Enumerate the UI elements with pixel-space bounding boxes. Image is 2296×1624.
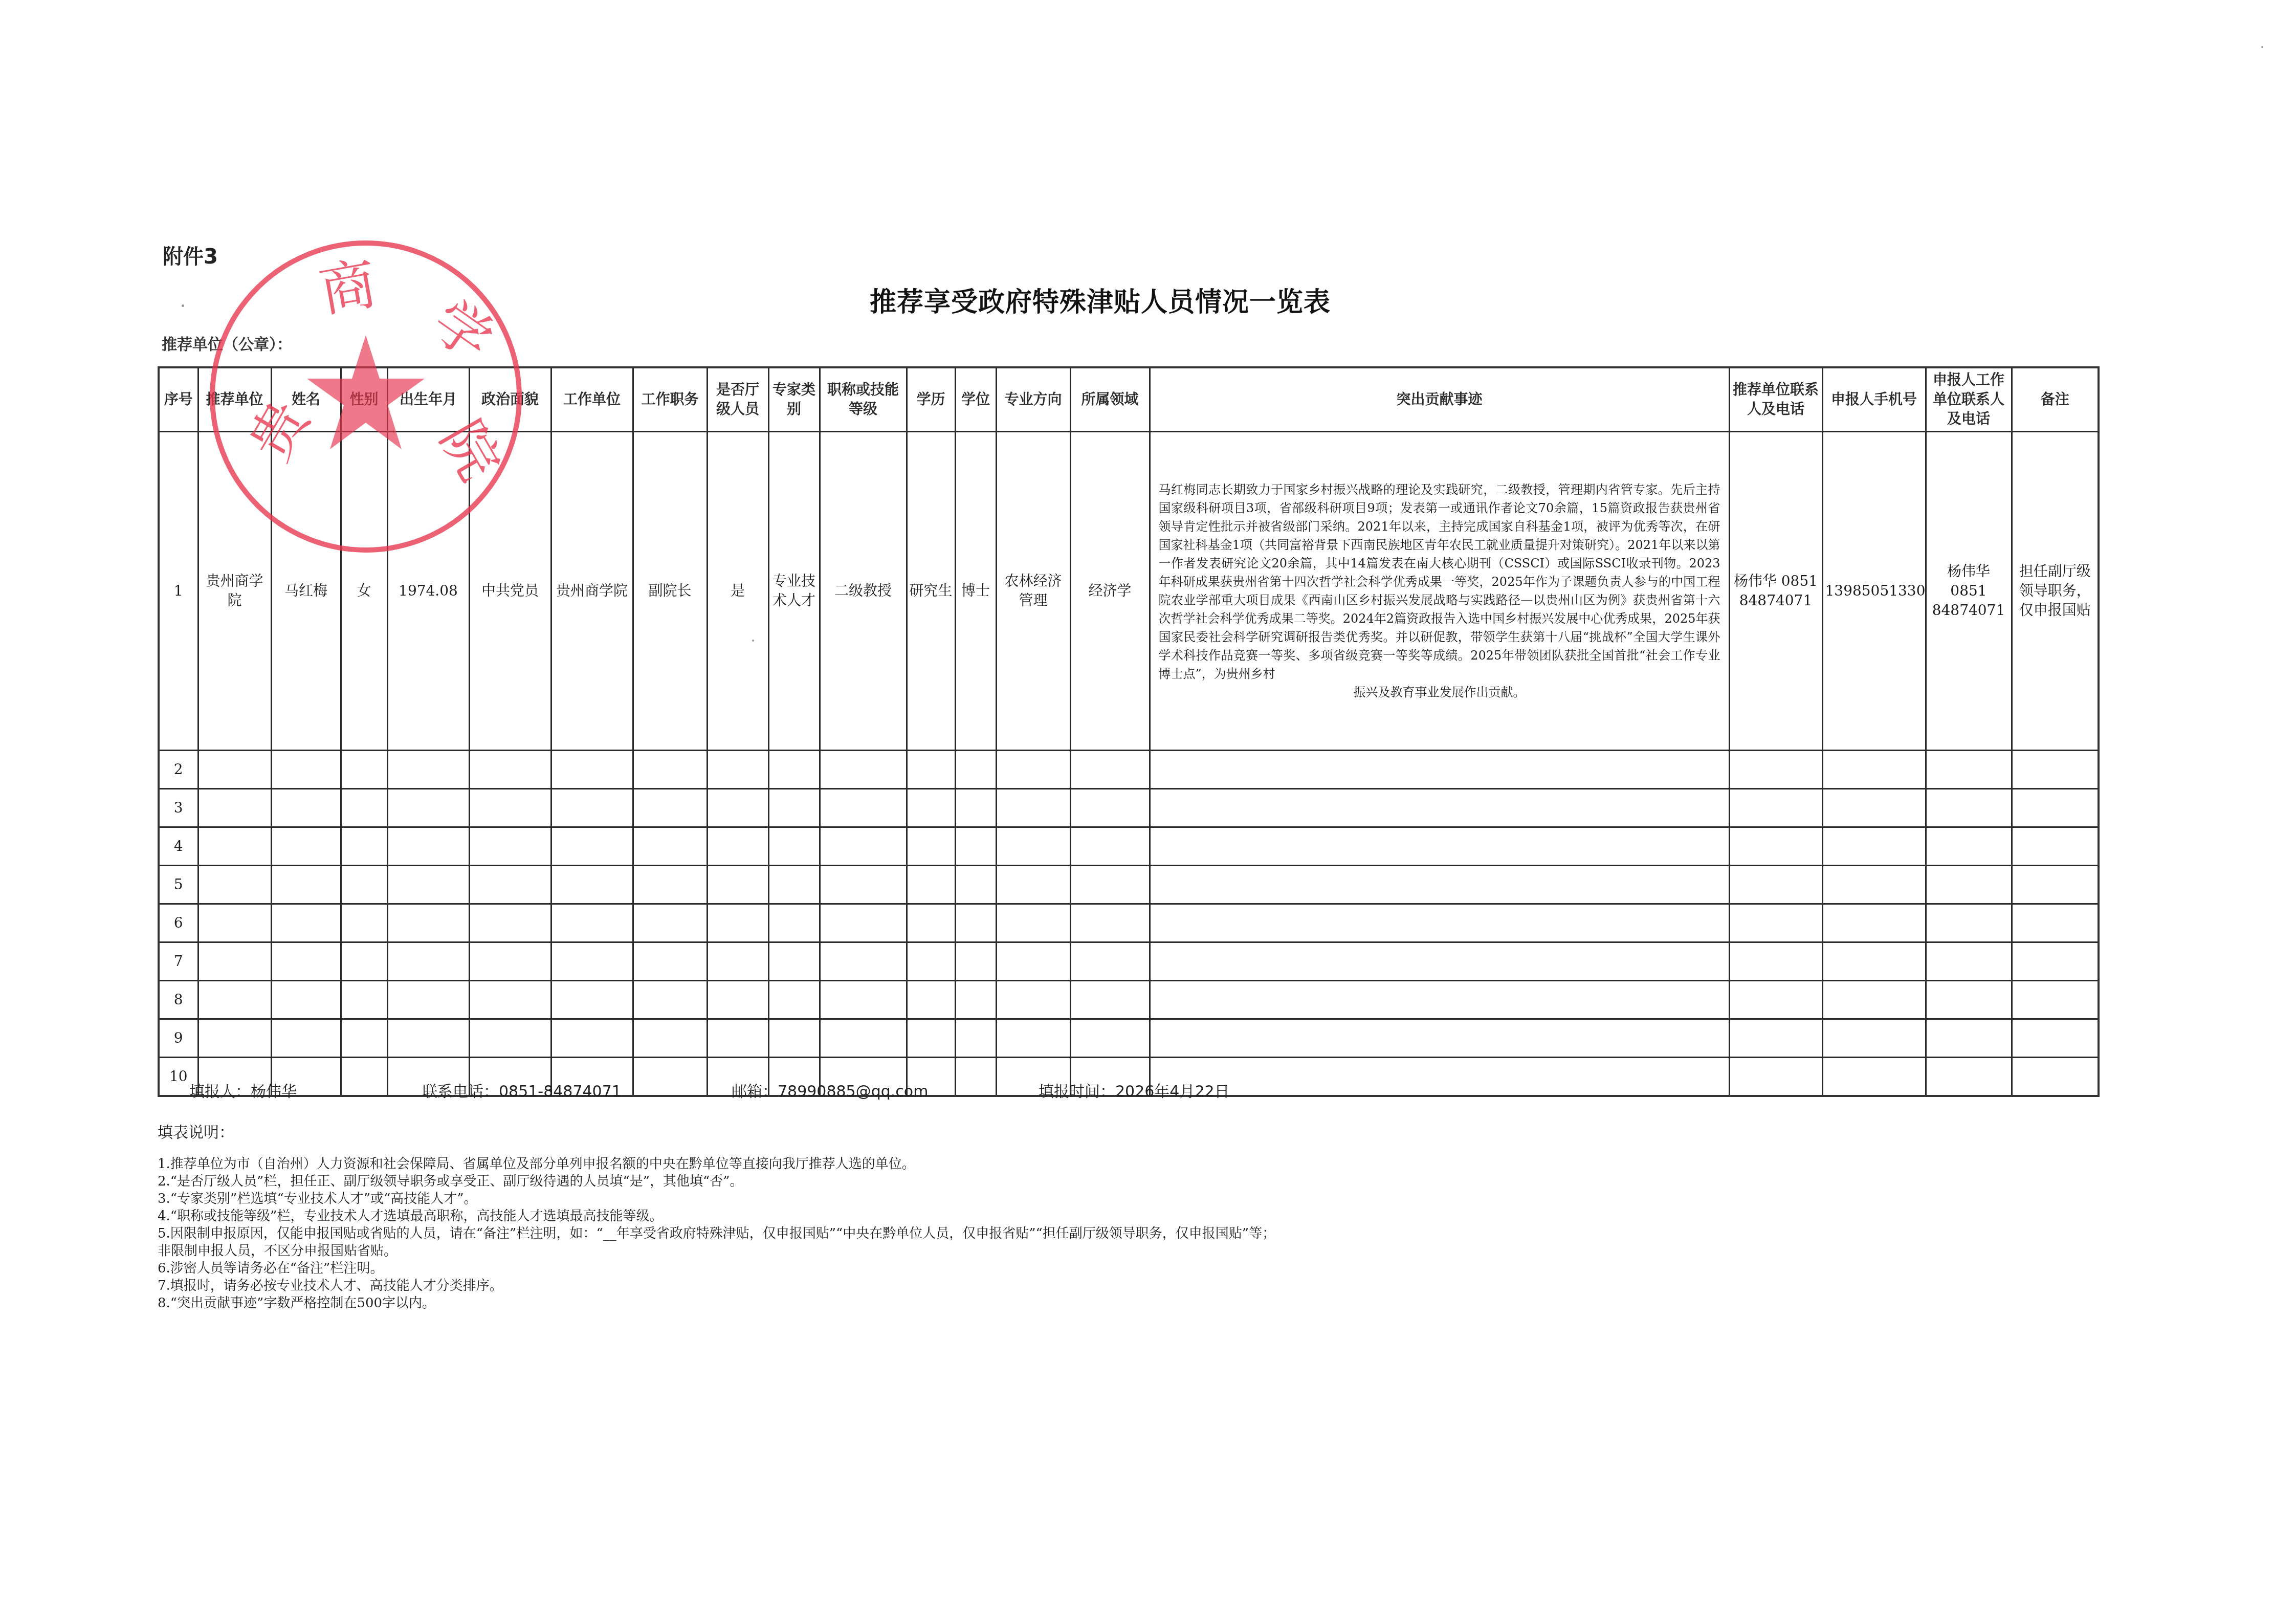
cell-index: 9	[159, 1019, 198, 1058]
cell-empty	[2012, 981, 2099, 1019]
cell-empty	[1926, 827, 2012, 866]
cell-name: 马红梅	[271, 432, 341, 751]
cell-empty	[271, 904, 341, 942]
cell-empty	[768, 981, 820, 1019]
cell-expert-category: 专业技术人才	[768, 432, 820, 751]
cell-empty	[996, 904, 1070, 942]
cell-empty	[2012, 827, 2099, 866]
cell-index: 1	[159, 432, 198, 751]
cell-empty	[551, 981, 633, 1019]
cell-empty	[1070, 981, 1150, 1019]
cell-empty	[707, 789, 768, 827]
cell-empty	[820, 827, 907, 866]
cell-empty	[707, 1019, 768, 1058]
cell-empty	[1150, 751, 1729, 789]
cell-empty	[2012, 904, 2099, 942]
cell-work-unit: 贵州商学院	[551, 432, 633, 751]
cell-empty	[1926, 1058, 2012, 1096]
cell-empty	[633, 751, 707, 789]
cell-empty	[633, 981, 707, 1019]
column-header: 学历	[907, 367, 955, 432]
cell-position: 副院长	[633, 432, 707, 751]
cell-title-level: 二级教授	[820, 432, 907, 751]
cell-empty	[271, 942, 341, 981]
cell-empty	[387, 904, 469, 942]
cell-empty	[1070, 1019, 1150, 1058]
cell-empty	[551, 789, 633, 827]
filler-name: 杨伟华	[251, 1083, 297, 1101]
column-header: 所属领域	[1070, 367, 1150, 432]
cell-empty	[996, 1019, 1070, 1058]
column-header: 姓名	[271, 367, 341, 432]
cell-empty	[1729, 904, 1822, 942]
cell-empty	[1822, 981, 1926, 1019]
cell-empty	[469, 1019, 551, 1058]
column-header: 申报人工作单位联系人及电话	[1926, 367, 2012, 432]
cell-empty	[955, 1019, 996, 1058]
cell-empty	[768, 904, 820, 942]
cell-empty	[996, 827, 1070, 866]
cell-empty	[907, 904, 955, 942]
attachment-label: 附件3	[163, 240, 218, 270]
cell-empty	[955, 751, 996, 789]
cell-empty	[907, 1019, 955, 1058]
cell-empty	[198, 866, 271, 904]
cell-empty	[1150, 789, 1729, 827]
cell-empty	[551, 827, 633, 866]
cell-empty	[820, 942, 907, 981]
cell-empty	[707, 751, 768, 789]
cell-empty	[820, 866, 907, 904]
column-header: 是否厅级人员	[707, 367, 768, 432]
cell-empty	[955, 981, 996, 1019]
cell-empty	[1150, 1019, 1729, 1058]
cell-empty	[707, 904, 768, 942]
cell-empty	[955, 942, 996, 981]
table-row: 1 贵州商学院 马红梅 女 1974.08 中共党员 贵州商学院 副院长 是 专…	[159, 432, 2099, 751]
note-item: 非限制申报人员，不区分申报国贴省贴。	[158, 1242, 2050, 1260]
cell-recommending-unit: 贵州商学院	[198, 432, 271, 751]
cell-empty	[2012, 789, 2099, 827]
cell-empty	[341, 904, 387, 942]
cell-empty	[907, 789, 955, 827]
cell-empty	[198, 904, 271, 942]
cell-empty	[768, 866, 820, 904]
cell-empty	[996, 789, 1070, 827]
cell-gender: 女	[341, 432, 387, 751]
cell-empty	[2012, 942, 2099, 981]
cell-empty	[2012, 1019, 2099, 1058]
cell-empty	[271, 827, 341, 866]
cell-empty	[768, 827, 820, 866]
cell-empty	[2012, 866, 2099, 904]
cell-empty	[198, 827, 271, 866]
column-header: 工作职务	[633, 367, 707, 432]
cell-empty	[1822, 866, 1926, 904]
cell-empty	[271, 981, 341, 1019]
deeds-text: 马红梅同志长期致力于国家乡村振兴战略的理论及实践研究，二级教授，管理期内省管专家…	[1159, 482, 1720, 681]
cell-empty	[341, 1019, 387, 1058]
cell-empty	[1150, 904, 1729, 942]
cell-empty	[387, 827, 469, 866]
cell-empty	[271, 1019, 341, 1058]
note-item: 1.推荐单位为市（自治州）人力资源和社会保障局、省属单位及部分单列申报名额的中央…	[158, 1155, 2050, 1173]
cell-empty	[551, 866, 633, 904]
cell-empty	[1822, 751, 1926, 789]
cell-empty	[1822, 1019, 1926, 1058]
scan-speck	[2261, 46, 2263, 48]
cell-empty	[633, 1058, 707, 1096]
cell-degree: 博士	[955, 432, 996, 751]
cell-empty	[996, 866, 1070, 904]
cell-empty	[907, 827, 955, 866]
table-row: 4	[159, 827, 2099, 866]
cell-empty	[820, 1019, 907, 1058]
cell-empty	[768, 942, 820, 981]
cell-empty	[387, 866, 469, 904]
scan-speck	[752, 640, 754, 642]
cell-empty	[1926, 866, 2012, 904]
cell-empty	[768, 751, 820, 789]
column-header: 政治面貌	[469, 367, 551, 432]
column-header: 序号	[159, 367, 198, 432]
deeds-text-last-line: 振兴及教育事业发展作出贡献。	[1159, 683, 1720, 701]
column-header: 备注	[2012, 367, 2099, 432]
cell-empty	[341, 866, 387, 904]
cell-empty	[1150, 1058, 1729, 1096]
cell-index: 6	[159, 904, 198, 942]
cell-empty	[633, 789, 707, 827]
cell-field: 经济学	[1070, 432, 1150, 751]
cell-empty	[387, 789, 469, 827]
cell-empty	[1729, 1058, 1822, 1096]
cell-empty	[820, 904, 907, 942]
column-header: 推荐单位	[198, 367, 271, 432]
cell-empty	[1070, 942, 1150, 981]
cell-empty	[341, 942, 387, 981]
cell-empty	[1926, 751, 2012, 789]
cell-empty	[1822, 942, 1926, 981]
table-row: 5	[159, 866, 2099, 904]
cell-empty	[1729, 1019, 1822, 1058]
cell-empty	[1070, 866, 1150, 904]
cell-empty	[271, 789, 341, 827]
table-row: 9	[159, 1019, 2099, 1058]
cell-applicant-mobile: 13985051330	[1822, 432, 1926, 751]
cell-empty	[955, 827, 996, 866]
cell-empty	[907, 942, 955, 981]
cell-empty	[1150, 866, 1729, 904]
table-row: 7	[159, 942, 2099, 981]
cell-empty	[955, 866, 996, 904]
cell-empty	[707, 866, 768, 904]
cell-empty	[198, 751, 271, 789]
cell-empty	[1926, 904, 2012, 942]
column-header: 性别	[341, 367, 387, 432]
cell-empty	[1070, 904, 1150, 942]
cell-empty	[341, 981, 387, 1019]
cell-major-direction: 农林经济管理	[996, 432, 1070, 751]
table-row: 3	[159, 789, 2099, 827]
column-header: 工作单位	[551, 367, 633, 432]
cell-empty	[820, 751, 907, 789]
cell-empty	[1150, 981, 1729, 1019]
cell-empty	[1150, 942, 1729, 981]
column-header: 专家类别	[768, 367, 820, 432]
cell-empty	[1729, 751, 1822, 789]
cell-empty	[341, 751, 387, 789]
cell-empty	[271, 866, 341, 904]
cell-empty	[707, 827, 768, 866]
cell-empty	[387, 751, 469, 789]
cell-empty	[551, 1019, 633, 1058]
cell-empty	[469, 827, 551, 866]
cell-empty	[1822, 904, 1926, 942]
cell-empty	[469, 751, 551, 789]
notes-title: 填表说明：	[158, 1120, 234, 1142]
cell-empty	[1150, 827, 1729, 866]
cell-empty	[341, 827, 387, 866]
date-value: 2026年4月22日	[1115, 1083, 1230, 1101]
cell-empty	[1070, 789, 1150, 827]
cell-empty	[820, 981, 907, 1019]
cell-empty	[768, 789, 820, 827]
notes-list: 1.推荐单位为市（自治州）人力资源和社会保障局、省属单位及部分单列申报名额的中央…	[158, 1155, 2050, 1312]
filler-info: 填报人：杨伟华	[189, 1079, 297, 1101]
phone-label: 联系电话：	[422, 1083, 499, 1101]
cell-index: 3	[159, 789, 198, 827]
cell-empty	[633, 942, 707, 981]
email-value: 78990885@qq.com	[778, 1083, 928, 1101]
cell-empty	[469, 866, 551, 904]
cell-empty	[633, 1019, 707, 1058]
cell-empty	[768, 1019, 820, 1058]
cell-empty	[198, 1019, 271, 1058]
cell-empty	[1822, 789, 1926, 827]
cell-empty	[551, 751, 633, 789]
svg-text:学: 学	[421, 288, 504, 374]
cell-index: 2	[159, 751, 198, 789]
cell-outstanding-deeds: 马红梅同志长期致力于国家乡村振兴战略的理论及实践研究，二级教授，管理期内省管专家…	[1150, 432, 1729, 751]
cell-empty	[955, 789, 996, 827]
cell-empty	[1822, 827, 1926, 866]
note-item: 8.“突出贡献事迹”字数严格控制在500字以内。	[158, 1294, 2050, 1312]
nominee-table: 序号推荐单位姓名性别出生年月政治面貌工作单位工作职务是否厅级人员专家类别职称或技…	[158, 366, 2100, 1097]
cell-empty	[1070, 827, 1150, 866]
cell-empty	[2012, 1058, 2099, 1096]
cell-political-status: 中共党员	[469, 432, 551, 751]
document-title: 推荐享受政府特殊津贴人员情况一览表	[870, 280, 1432, 319]
cell-empty	[633, 827, 707, 866]
note-item: 5.因限制申报原因，仅能申报国贴或省贴的人员，请在“备注”栏注明，如：“__年享…	[158, 1225, 2050, 1242]
svg-text:商: 商	[315, 250, 382, 324]
cell-index: 5	[159, 866, 198, 904]
cell-empty	[469, 789, 551, 827]
cell-empty	[469, 981, 551, 1019]
cell-recommender-contact: 杨伟华 0851 84874071	[1729, 432, 1822, 751]
cell-department-level: 是	[707, 432, 768, 751]
cell-empty	[387, 1019, 469, 1058]
note-item: 6.涉密人员等请务必在“备注”栏注明。	[158, 1260, 2050, 1277]
cell-remarks: 担任副厅级领导职务，仅申报国贴	[2012, 432, 2099, 751]
cell-empty	[820, 789, 907, 827]
table-row: 8	[159, 981, 2099, 1019]
phone-info: 联系电话：0851-84874071	[422, 1079, 622, 1101]
note-item: 7.填报时，请务必按专业技术人才、高技能人才分类排序。	[158, 1277, 2050, 1294]
email-info: 邮箱：78990885@qq.com	[732, 1079, 928, 1101]
cell-empty	[1070, 751, 1150, 789]
cell-empty	[198, 981, 271, 1019]
cell-empty	[1729, 866, 1822, 904]
cell-empty	[469, 942, 551, 981]
cell-empty	[955, 1058, 996, 1096]
column-header: 突出贡献事迹	[1150, 367, 1729, 432]
recommending-unit-label: 推荐单位（公章）：	[162, 332, 292, 354]
date-label: 填报时间：	[1039, 1083, 1115, 1101]
cell-empty	[271, 751, 341, 789]
cell-index: 8	[159, 981, 198, 1019]
note-item: 4.“职称或技能等级”栏，专业技术人才选填最高职称，高技能人才选填最高技能等级。	[158, 1208, 2050, 1225]
email-label: 邮箱：	[732, 1083, 778, 1101]
cell-empty	[387, 981, 469, 1019]
table-row: 2	[159, 751, 2099, 789]
cell-empty	[551, 904, 633, 942]
cell-empty	[198, 942, 271, 981]
cell-index: 7	[159, 942, 198, 981]
note-item: 2.“是否厅级人员”栏，担任正、副厅级领导职务或享受正、副厅级待遇的人员填“是”…	[158, 1173, 2050, 1190]
cell-empty	[707, 942, 768, 981]
cell-work-unit-contact: 杨伟华 0851 84874071	[1926, 432, 2012, 751]
cell-birth: 1974.08	[387, 432, 469, 751]
table-row: 6	[159, 904, 2099, 942]
filler-label: 填报人：	[189, 1083, 251, 1101]
column-header: 推荐单位联系人及电话	[1729, 367, 1822, 432]
cell-empty	[633, 866, 707, 904]
cell-empty	[551, 942, 633, 981]
cell-empty	[341, 789, 387, 827]
column-header: 出生年月	[387, 367, 469, 432]
cell-index: 4	[159, 827, 198, 866]
cell-empty	[1822, 1058, 1926, 1096]
cell-empty	[1729, 789, 1822, 827]
cell-empty	[341, 1058, 387, 1096]
cell-empty	[633, 904, 707, 942]
cell-empty	[2012, 751, 2099, 789]
cell-empty	[1926, 789, 2012, 827]
note-item: 3.“专家类别”栏选填“专业技术人才”或“高技能人才”。	[158, 1190, 2050, 1208]
column-header: 申报人手机号	[1822, 367, 1926, 432]
cell-empty	[955, 904, 996, 942]
cell-empty	[469, 904, 551, 942]
table-header-row: 序号推荐单位姓名性别出生年月政治面貌工作单位工作职务是否厅级人员专家类别职称或技…	[159, 367, 2099, 432]
scan-speck	[182, 304, 184, 307]
cell-empty	[1729, 827, 1822, 866]
column-header: 职称或技能等级	[820, 367, 907, 432]
date-info: 填报时间：2026年4月22日	[1039, 1079, 1230, 1101]
cell-empty	[996, 942, 1070, 981]
column-header: 专业方向	[996, 367, 1070, 432]
cell-empty	[907, 751, 955, 789]
cell-empty	[907, 981, 955, 1019]
cell-empty	[198, 789, 271, 827]
column-header: 学位	[955, 367, 996, 432]
cell-empty	[996, 981, 1070, 1019]
cell-empty	[1926, 1019, 2012, 1058]
cell-empty	[387, 942, 469, 981]
cell-empty	[996, 751, 1070, 789]
cell-empty	[907, 866, 955, 904]
cell-education: 研究生	[907, 432, 955, 751]
phone-value: 0851-84874071	[499, 1083, 622, 1101]
cell-empty	[1729, 942, 1822, 981]
cell-empty	[707, 981, 768, 1019]
cell-empty	[1729, 981, 1822, 1019]
cell-empty	[1926, 942, 2012, 981]
cell-empty	[1926, 981, 2012, 1019]
